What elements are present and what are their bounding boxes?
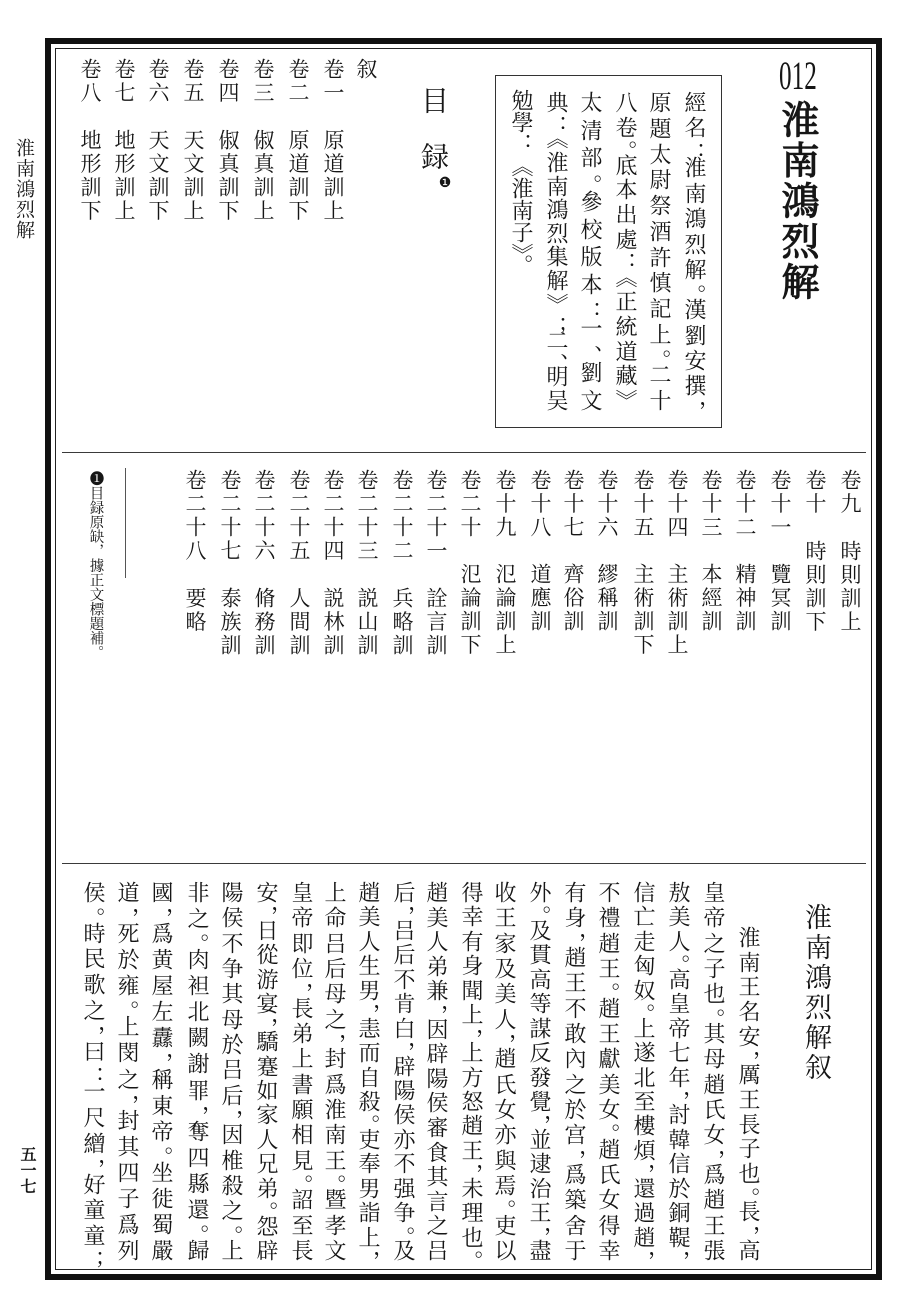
glyph: 。 bbox=[666, 954, 688, 965]
glyph: 於 bbox=[666, 1177, 688, 1199]
glyph: 。 bbox=[596, 1123, 618, 1134]
toc-entry[interactable]: 卷一原道訓上 bbox=[322, 58, 343, 223]
toc-volume: 卷十五 bbox=[631, 469, 655, 540]
glyph: 七 bbox=[666, 1041, 688, 1063]
toc-title: 氾論訓上 bbox=[493, 563, 517, 657]
toc-volume: 卷六 bbox=[146, 58, 170, 105]
toc-entry[interactable]: 卷十七齊俗訓 bbox=[562, 469, 583, 634]
glyph: 築 bbox=[562, 1188, 584, 1210]
toc-volume: 卷二 bbox=[286, 58, 310, 105]
glyph: 母 bbox=[701, 1047, 723, 1069]
glyph: 其 bbox=[115, 1135, 137, 1157]
glyph: 言 bbox=[424, 1190, 446, 1212]
glyph: 。 bbox=[736, 1187, 758, 1198]
toc-title: 俶真訓下 bbox=[216, 129, 240, 223]
glyph: 。 bbox=[185, 933, 207, 944]
glyph: 、 bbox=[544, 353, 566, 364]
glyph: 校 bbox=[578, 218, 600, 240]
glyph: 張 bbox=[701, 1239, 723, 1261]
toc-entry[interactable]: 卷十三本經訓 bbox=[700, 469, 721, 634]
glyph: 於 bbox=[562, 1098, 584, 1120]
glyph: 奉 bbox=[356, 1152, 378, 1174]
glyph: 逮 bbox=[527, 1152, 549, 1174]
page-number: 五一七 bbox=[19, 1146, 35, 1194]
glyph: 上 bbox=[647, 323, 669, 345]
glyph: 亦 bbox=[492, 1123, 514, 1145]
glyph: ， bbox=[149, 907, 171, 918]
glyph: 侯 bbox=[391, 1103, 413, 1125]
glyph: 長 bbox=[736, 1200, 758, 1222]
glyph: 清 bbox=[578, 119, 600, 141]
glyph: 趙 bbox=[596, 932, 618, 954]
toc-volume: 卷二十一 bbox=[424, 469, 448, 563]
glyph: 尺 bbox=[81, 1106, 103, 1128]
glyph: 焉 bbox=[492, 1174, 514, 1196]
preface-column: 敖美人。高皇帝七年，討韓信於銅鞮， bbox=[666, 881, 688, 1261]
toc-entry[interactable]: 卷七地形訓上 bbox=[113, 58, 134, 223]
glyph: 趙 bbox=[459, 1114, 481, 1136]
glyph: 因 bbox=[424, 1018, 446, 1040]
toc-entry[interactable]: 卷二十八要略 bbox=[184, 469, 205, 634]
glyph: 帝 bbox=[289, 906, 311, 928]
glyph: 覺 bbox=[527, 1090, 549, 1112]
glyph: 趙 bbox=[356, 881, 378, 903]
glyph: 趙 bbox=[631, 1226, 653, 1248]
toc-volume: 卷二十七 bbox=[218, 469, 242, 563]
preface-column: 安，日從游宴，驕蹇如家人兄弟。怨辟 bbox=[254, 881, 276, 1261]
glyph: 版 bbox=[578, 245, 600, 267]
glyph: 爲 bbox=[562, 1163, 584, 1185]
glyph: 八 bbox=[613, 91, 635, 113]
glyph: 兼 bbox=[424, 979, 446, 1001]
glyph: 宴 bbox=[254, 992, 276, 1014]
glyph: 殺 bbox=[356, 1090, 378, 1112]
glyph: 后 bbox=[391, 881, 413, 903]
glyph: 之 bbox=[185, 907, 207, 929]
running-title: 淮南鴻烈解 bbox=[14, 138, 33, 241]
glyph: 吕 bbox=[424, 1239, 446, 1261]
glyph: 蹇 bbox=[254, 1055, 276, 1077]
glyph: 不 bbox=[391, 1152, 413, 1174]
glyph: 坐 bbox=[149, 1161, 171, 1183]
glyph: 辟 bbox=[391, 1055, 413, 1077]
glyph: 其 bbox=[701, 1022, 723, 1044]
glyph: 奪 bbox=[185, 1120, 207, 1142]
glyph: 敖 bbox=[666, 881, 688, 903]
glyph: 並 bbox=[527, 1128, 549, 1150]
footnote-marker[interactable]: ❶ bbox=[438, 175, 452, 191]
glyph: 四 bbox=[185, 1146, 207, 1168]
glyph: 獻 bbox=[596, 1047, 618, 1069]
glyph: 帝 bbox=[666, 1017, 688, 1039]
toc-volume: 卷十八 bbox=[528, 469, 552, 540]
glyph: 。 bbox=[356, 1114, 378, 1125]
glyph: 王 bbox=[459, 1139, 481, 1161]
glyph: 淮 bbox=[682, 156, 704, 178]
toc-volume: 卷十九 bbox=[493, 469, 517, 540]
glyph: 因 bbox=[219, 1123, 241, 1145]
glyph: 討 bbox=[666, 1103, 688, 1125]
toc-entry[interactable]: 卷九時則訓上 bbox=[839, 469, 860, 634]
glyph: 過 bbox=[631, 1201, 653, 1223]
glyph: 於 bbox=[115, 948, 137, 970]
toc-title: 天文訓上 bbox=[181, 129, 205, 223]
glyph: 鴻 bbox=[682, 207, 704, 229]
glyph: ， bbox=[185, 1105, 207, 1116]
glyph: 弟 bbox=[289, 1022, 311, 1044]
glyph: 之 bbox=[322, 1008, 344, 1030]
glyph: ， bbox=[254, 1017, 276, 1028]
toc-title: 主術訓下 bbox=[631, 563, 655, 657]
glyph: 高 bbox=[666, 968, 688, 990]
glyph: 部 bbox=[578, 146, 600, 168]
toc-entry[interactable]: 卷二十六脩務訓 bbox=[253, 469, 274, 657]
glyph: 不 bbox=[596, 881, 618, 903]
glyph: 氏 bbox=[596, 1163, 618, 1185]
glyph: 王 bbox=[527, 1201, 549, 1223]
glyph: 王 bbox=[562, 971, 584, 993]
glyph: ， bbox=[736, 1225, 758, 1236]
glyph: 禮 bbox=[596, 906, 618, 928]
glyph: 四 bbox=[115, 1161, 137, 1183]
glyph: 南 bbox=[682, 182, 704, 204]
glyph: 、 bbox=[578, 345, 600, 356]
glyph: 太 bbox=[578, 91, 600, 113]
toc-entry[interactable]: 卷五天文訓上 bbox=[182, 58, 203, 223]
glyph: 幸 bbox=[596, 1239, 618, 1261]
glyph: 縣 bbox=[185, 1172, 207, 1194]
toc-volume: 卷十四 bbox=[665, 469, 689, 540]
glyph: ， bbox=[391, 1041, 413, 1052]
glyph: 樓 bbox=[631, 1114, 653, 1136]
toc-entry[interactable]: 卷八地形訓下 bbox=[79, 58, 100, 223]
glyph: 闕 bbox=[185, 1026, 207, 1048]
glyph: ， bbox=[527, 1114, 549, 1125]
glyph: 安 bbox=[254, 881, 276, 903]
glyph: 經 bbox=[682, 91, 704, 113]
glyph: 審 bbox=[424, 1116, 446, 1138]
glyph: 道 bbox=[115, 881, 137, 903]
glyph: 烈 bbox=[544, 222, 566, 244]
toc-title: 俶真訓上 bbox=[251, 129, 275, 223]
glyph: 母 bbox=[219, 1008, 241, 1030]
toc-entry[interactable]: 卷三俶真訓上 bbox=[252, 58, 273, 223]
toc-title: 道應訓 bbox=[528, 563, 552, 634]
glyph: 趙 bbox=[424, 881, 446, 903]
glyph: 治 bbox=[527, 1177, 549, 1199]
glyph: 從 bbox=[254, 943, 276, 965]
toc-volume: 卷二十三 bbox=[355, 469, 379, 563]
glyph: 王 bbox=[596, 957, 618, 979]
glyph: 。 bbox=[219, 1225, 241, 1236]
glyph: 盡 bbox=[527, 1239, 549, 1261]
glyph: 争 bbox=[219, 957, 241, 979]
note-column: 勉學：《淮南子》。 bbox=[509, 89, 531, 276]
glyph: 至 bbox=[289, 1214, 311, 1236]
toc-entry[interactable]: 卷十時則訓下 bbox=[804, 469, 825, 634]
glyph: 孝 bbox=[322, 1214, 344, 1236]
glyph: 厲 bbox=[736, 1063, 758, 1085]
glyph: 解 bbox=[544, 269, 566, 291]
glyph: 南 bbox=[736, 951, 758, 973]
glyph: ， bbox=[736, 1050, 758, 1061]
glyph: 宫 bbox=[562, 1123, 584, 1145]
glyph: ， bbox=[492, 1033, 514, 1044]
glyph: 位 bbox=[289, 957, 311, 979]
glyph: 命 bbox=[322, 906, 344, 928]
glyph: 而 bbox=[356, 1041, 378, 1063]
glyph: 記 bbox=[647, 297, 669, 319]
glyph: 美 bbox=[492, 982, 514, 1004]
glyph: 信 bbox=[666, 1152, 688, 1174]
glyph: 年 bbox=[666, 1066, 688, 1088]
toc-entry[interactable]: 卷十二精神訓 bbox=[734, 469, 755, 634]
toc-volume: 卷十 bbox=[803, 469, 827, 516]
glyph: ， bbox=[115, 907, 137, 918]
glyph: 匈 bbox=[631, 954, 653, 976]
glyph: 舍 bbox=[562, 1214, 584, 1236]
glyph: 國 bbox=[149, 881, 171, 903]
glyph: 氏 bbox=[492, 1073, 514, 1095]
glyph: 及 bbox=[391, 1239, 413, 1261]
preface-column: 收王家及美人，趙氏女亦與焉。吏以 bbox=[492, 881, 514, 1261]
glyph: 王 bbox=[736, 975, 758, 997]
glyph: 外 bbox=[527, 881, 549, 903]
glyph: 太 bbox=[647, 143, 669, 165]
toc-volume: 卷四 bbox=[216, 58, 240, 105]
preface-column: 外。及貫高等謀反發覺，並逮治王，盡 bbox=[527, 881, 549, 1261]
glyph: 藏 bbox=[613, 364, 635, 386]
glyph: 南 bbox=[322, 1123, 344, 1145]
toc-entry-preface[interactable]: 叙 bbox=[355, 58, 376, 82]
glyph: ， bbox=[562, 932, 584, 943]
glyph: 王 bbox=[492, 906, 514, 928]
toc-entry[interactable]: 卷六天文訓下 bbox=[147, 58, 168, 223]
toc-entry[interactable]: 卷十一覽冥訓 bbox=[769, 469, 790, 634]
glyph: 文 bbox=[322, 1239, 344, 1261]
glyph: 歌 bbox=[81, 973, 103, 995]
glyph: 信 bbox=[631, 881, 653, 903]
glyph: 封 bbox=[322, 1047, 344, 1069]
toc-volume: 卷二十八 bbox=[183, 469, 207, 563]
glyph: 《 bbox=[613, 266, 635, 288]
glyph: 。 bbox=[149, 1146, 171, 1157]
note-column: 典：《淮南鴻烈集解》；二、明吴 bbox=[544, 91, 566, 411]
toc-volume: 卷十三 bbox=[699, 469, 723, 540]
glyph: 非 bbox=[185, 881, 207, 903]
glyph: 參 bbox=[578, 190, 600, 212]
preface-column: 不禮趙王。趙王獻美女。趙氏女得幸 bbox=[596, 881, 618, 1261]
glyph: 争 bbox=[391, 1201, 413, 1223]
glyph: 理 bbox=[459, 1201, 481, 1223]
glyph: 其 bbox=[424, 1165, 446, 1187]
glyph: 即 bbox=[289, 932, 311, 954]
glyph: 撰 bbox=[682, 374, 704, 396]
glyph: ： bbox=[613, 252, 635, 263]
glyph: 得 bbox=[459, 881, 481, 903]
glyph: 殺 bbox=[219, 1174, 241, 1196]
glyph: 嚴 bbox=[149, 1239, 171, 1261]
glyph: 北 bbox=[631, 1066, 653, 1088]
glyph: ， bbox=[391, 905, 413, 916]
glyph: 稱 bbox=[149, 1068, 171, 1090]
toc-title: 天文訓下 bbox=[146, 129, 170, 223]
preface-column: 得幸有身聞上，上方怒趙王，未理也。 bbox=[459, 881, 481, 1261]
glyph: 文 bbox=[578, 389, 600, 411]
glyph: 好 bbox=[81, 1173, 103, 1195]
glyph: 人 bbox=[424, 930, 446, 952]
toc-entry[interactable]: 卷二十五人間訓 bbox=[288, 469, 309, 657]
glyph: 原 bbox=[647, 91, 669, 113]
toc-title: 繆稱訓 bbox=[595, 563, 619, 634]
glyph: ， bbox=[81, 1158, 103, 1169]
glyph: 上 bbox=[631, 1017, 653, 1039]
glyph: 弟 bbox=[424, 955, 446, 977]
glyph: 淮 bbox=[736, 926, 758, 948]
glyph: 。 bbox=[459, 1250, 481, 1261]
preface-column: 皇帝即位，長弟上書願相見。詔至長 bbox=[289, 881, 311, 1261]
glyph: 家 bbox=[254, 1103, 276, 1125]
glyph: 纛 bbox=[149, 1026, 171, 1048]
glyph: 吕 bbox=[219, 1058, 241, 1080]
toc-entry[interactable]: 卷十九氾論訓上 bbox=[494, 469, 515, 657]
glyph: 女 bbox=[596, 1188, 618, 1210]
glyph: 統 bbox=[613, 315, 635, 337]
glyph: 一 bbox=[578, 317, 600, 339]
toc-title: 詮言訓 bbox=[424, 587, 448, 658]
toc-entry[interactable]: 卷二十氾論訓下 bbox=[459, 469, 480, 657]
toc-entry[interactable]: 卷十四主術訓上 bbox=[666, 469, 687, 657]
glyph: 也 bbox=[701, 982, 723, 1004]
glyph: 上 bbox=[289, 1047, 311, 1069]
glyph: 。 bbox=[289, 1174, 311, 1185]
glyph: 上 bbox=[115, 1015, 137, 1037]
glyph: 蜀 bbox=[149, 1213, 171, 1235]
section-divider-bottom bbox=[62, 863, 866, 864]
glyph: 屋 bbox=[149, 974, 171, 996]
glyph: 》 bbox=[613, 389, 635, 411]
glyph: 。 bbox=[81, 907, 103, 918]
glyph: 。 bbox=[115, 1000, 137, 1011]
glyph: 。 bbox=[613, 140, 635, 151]
glyph: 吏 bbox=[356, 1128, 378, 1150]
glyph: 如 bbox=[254, 1079, 276, 1101]
glyph: 日 bbox=[254, 919, 276, 941]
glyph: 典 bbox=[544, 91, 566, 113]
glyph: 烈 bbox=[682, 233, 704, 255]
glyph: 北 bbox=[185, 1000, 207, 1022]
glyph: ， bbox=[631, 1163, 653, 1174]
toc-title: 本經訓 bbox=[699, 563, 723, 634]
glyph: 怨 bbox=[254, 1215, 276, 1237]
glyph: 見 bbox=[289, 1149, 311, 1171]
glyph: 底 bbox=[613, 154, 635, 176]
glyph: 本 bbox=[613, 178, 635, 200]
toc-title: 覽冥訓 bbox=[768, 563, 792, 634]
glyph: 暨 bbox=[322, 1188, 344, 1210]
toc-volume: 卷十七 bbox=[561, 469, 585, 540]
toc-entry[interactable]: 卷二原道訓下 bbox=[287, 58, 308, 223]
glyph: ： bbox=[578, 301, 600, 312]
glyph: ， bbox=[459, 1028, 481, 1039]
toc-title: 時則訓下 bbox=[803, 540, 827, 634]
glyph: 王 bbox=[736, 1088, 758, 1110]
glyph: 長 bbox=[736, 1113, 758, 1135]
glyph: 女 bbox=[596, 1098, 618, 1120]
glyph: 吕 bbox=[322, 932, 344, 954]
glyph: 人 bbox=[254, 1128, 276, 1150]
glyph: 遂 bbox=[631, 1041, 653, 1063]
glyph: 時 bbox=[81, 922, 103, 944]
glyph: 王 bbox=[596, 1022, 618, 1044]
toc-entry[interactable]: 卷二十七泰族訓 bbox=[219, 469, 240, 657]
glyph: 之 bbox=[701, 932, 723, 954]
glyph: 卷 bbox=[613, 116, 635, 138]
glyph: ， bbox=[424, 1004, 446, 1015]
glyph: ， bbox=[562, 1149, 584, 1160]
toc-title: 精神訓 bbox=[733, 563, 757, 634]
glyph: 爲 bbox=[322, 1073, 344, 1095]
glyph: 之 bbox=[424, 1214, 446, 1236]
glyph: 還 bbox=[185, 1198, 207, 1220]
glyph: 陽 bbox=[424, 1067, 446, 1089]
glyph: 奴 bbox=[631, 979, 653, 1001]
glyph: 亦 bbox=[391, 1128, 413, 1150]
toc-entry[interactable]: 卷二十二兵略訓 bbox=[391, 469, 412, 657]
glyph: 趙 bbox=[701, 1073, 723, 1095]
glyph: 人 bbox=[492, 1008, 514, 1030]
glyph: 長 bbox=[289, 1239, 311, 1261]
toc-volume: 卷三 bbox=[251, 58, 275, 105]
glyph: ： bbox=[544, 115, 566, 126]
toc-entry[interactable]: 卷十八道應訓 bbox=[529, 469, 550, 634]
toc-entry[interactable]: 卷二十一詮言訓 bbox=[425, 469, 446, 657]
toc-entry[interactable]: 卷十五主術訓下 bbox=[632, 469, 653, 657]
glyph: 趙 bbox=[596, 997, 618, 1019]
glyph: 弟 bbox=[254, 1177, 276, 1199]
toc-entry[interactable]: 卷二十三説山訓 bbox=[356, 469, 377, 657]
glyph: 許 bbox=[647, 246, 669, 268]
toc-entry[interactable]: 卷十六繆稱訓 bbox=[596, 469, 617, 634]
preface-column: 非之。肉袒北闕謝罪，奪四縣還。歸 bbox=[185, 881, 207, 1261]
toc-entry[interactable]: 卷二十四説林訓 bbox=[322, 469, 343, 657]
glyph: 女 bbox=[701, 1123, 723, 1145]
glyph: 童 bbox=[81, 1224, 103, 1246]
glyph: 黄 bbox=[149, 948, 171, 970]
glyph: ， bbox=[631, 1250, 653, 1261]
toc-title: 原道訓上 bbox=[321, 129, 345, 223]
glyph: ， bbox=[682, 400, 704, 411]
glyph: 及 bbox=[492, 957, 514, 979]
glyph: 趙 bbox=[562, 946, 584, 968]
glyph: 韓 bbox=[666, 1128, 688, 1150]
glyph: 帝 bbox=[149, 1120, 171, 1142]
glyph: 女 bbox=[492, 1098, 514, 1120]
glyph: ， bbox=[459, 1163, 481, 1174]
glyph: 于 bbox=[562, 1239, 584, 1261]
glyph: 爲 bbox=[149, 922, 171, 944]
glyph: ， bbox=[81, 1025, 103, 1036]
glyph: 詔 bbox=[289, 1188, 311, 1210]
glyph: 之 bbox=[219, 1199, 241, 1221]
glyph: 鴻 bbox=[544, 198, 566, 220]
glyph: 曰 bbox=[81, 1040, 103, 1062]
toc-title: 時則訓上 bbox=[838, 540, 862, 634]
glyph: ： bbox=[682, 142, 704, 153]
toc-entry[interactable]: 卷四俶真訓下 bbox=[217, 58, 238, 223]
glyph: ； bbox=[544, 316, 566, 327]
toc-volume: 卷二十二 bbox=[390, 469, 414, 563]
